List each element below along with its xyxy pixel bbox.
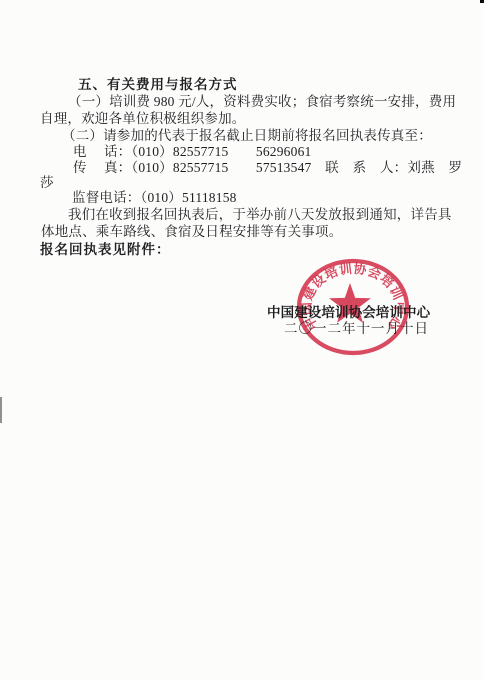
line-fee-detail-continued: 自理，欢迎各单位积极组织参加。 [40,110,246,127]
signature-organization: 中国建设培训协会培训中心 [267,305,430,320]
line-fax-instruction: （二）请参加的代表于报名截止日期前将报名回执表传真至： [62,127,432,144]
scan-artifact-corner [480,0,484,3]
line-fax-and-contacts: 传 真：（010）82557715 57513547 联 系 人：刘燕 罗 [73,159,462,176]
scan-artifact-edge [0,397,2,423]
line-attachment-note: 报名回执表见附件： [40,241,171,258]
heading-fees-and-registration: 五、有关费用与报名方式 [78,76,238,93]
line-telephone: 电 话：（010）82557715 56296061 [73,143,311,160]
line-fee-detail: （一）培训费 980 元/人，资料费实收；食宿考察统一安排，费用 [68,93,456,110]
line-confirmation-notice-continued: 体地点、乘车路线、食宿及日程安排等有关事项。 [41,223,342,240]
line-supervision-phone: 监督电话：（010）51118158 [72,189,237,206]
scanned-notice-page: 五、有关费用与报名方式 （一）培训费 980 元/人，资料费实收；食宿考察统一安… [0,0,484,680]
line-confirmation-notice: 我们在收到报名回执表后，于举办前八天发放报到通知，详告具 [68,206,452,223]
line-contact-name-continued: 莎 [40,174,54,191]
signature-date: 二〇一二年十一月十日 [284,321,429,336]
